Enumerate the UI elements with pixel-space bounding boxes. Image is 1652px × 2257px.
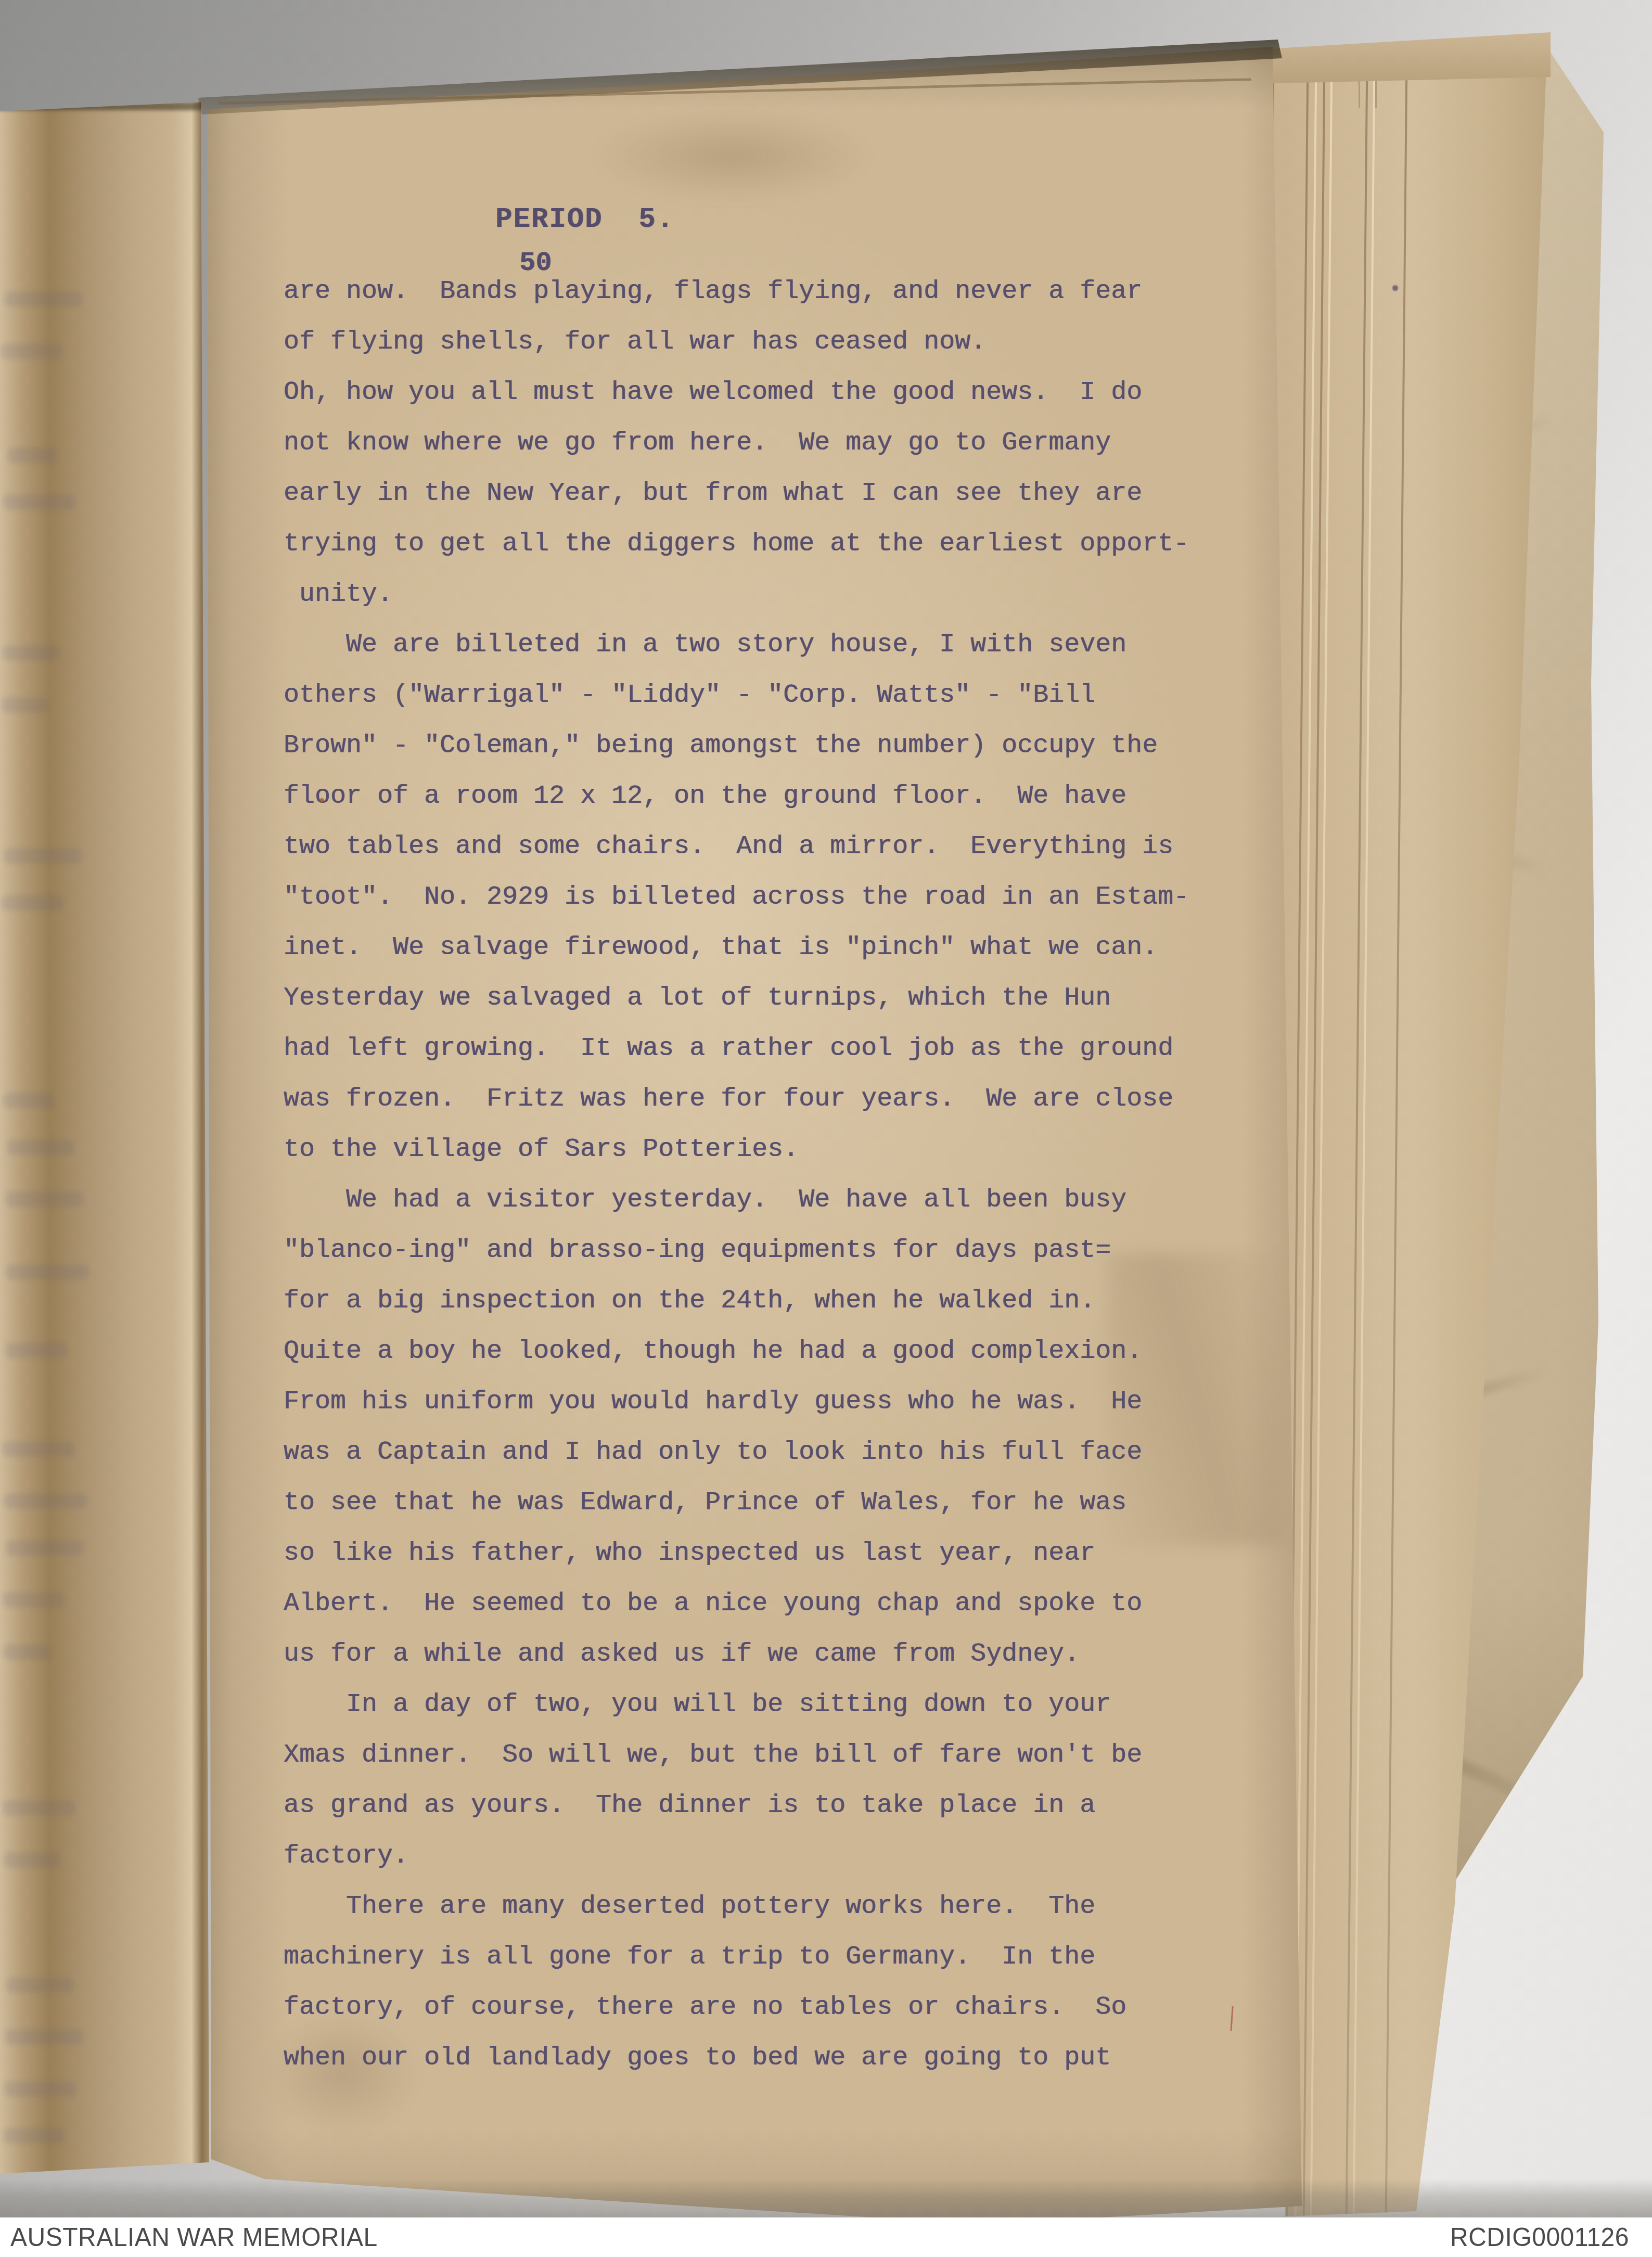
typed-line: Yesterday we salvaged a lot of turnips, … [284, 973, 1293, 1023]
catalog-footer-bar: AUSTRALIAN WAR MEMORIAL RCDIG0001126 [0, 2217, 1652, 2257]
book-scan-photo: PERIOD 5. 50 are now. Bands playing, fla… [0, 0, 1652, 2217]
typed-line: unity. [284, 569, 1293, 620]
show-through-text-smudge [5, 1191, 83, 1207]
typed-line: We had a visitor yesterday. We have all … [284, 1175, 1293, 1225]
show-through-text-smudge [6, 1540, 84, 1556]
show-through-text-smudge [3, 494, 75, 510]
show-through-text-smudge [6, 1977, 74, 1993]
typed-line: so like his father, who inspected us las… [284, 1528, 1293, 1579]
typed-line: From his uniform you would hardly guess … [284, 1377, 1293, 1427]
show-through-text-smudge [3, 2128, 66, 2144]
typed-text-block: are now. Bands playing, flags flying, an… [284, 266, 1293, 2083]
show-through-text-smudge [4, 291, 82, 307]
typed-line: Oh, how you all must have welcomed the g… [284, 367, 1293, 418]
sheet-edge [1385, 31, 1408, 2216]
typed-line: factory. [284, 1831, 1293, 1881]
typed-line: Xmas dinner. So will we, but the bill of… [284, 1730, 1293, 1780]
show-through-text-smudge [4, 1493, 87, 1509]
typed-line: "toot". No. 2929 is billeted across the … [284, 872, 1293, 922]
show-through-text-smudge [7, 1139, 74, 1155]
scanned-document-screenshot: PERIOD 5. 50 are now. Bands playing, fla… [0, 0, 1652, 2257]
typed-line: factory, of course, there are no tables … [284, 1982, 1293, 2033]
show-through-text-smudge [3, 1592, 65, 1608]
typed-line: when our old landlady goes to bed we are… [284, 2033, 1293, 2083]
show-through-text-smudge [3, 645, 60, 661]
typed-line: as grand as yours. The dinner is to take… [284, 1780, 1293, 1831]
footer-reference-id: RCDIG0001126 [1450, 2222, 1629, 2252]
typed-line: of flying shells, for all war has ceased… [284, 317, 1293, 367]
typed-line: had left growing. It was a rather cool j… [284, 1023, 1293, 1074]
typed-line: not know where we go from here. We may g… [284, 418, 1293, 468]
typed-line: In a day of two, you will be sitting dow… [284, 1679, 1293, 1730]
paper-shading [535, 94, 930, 219]
previous-page [0, 102, 209, 2183]
show-through-text-smudge [2, 1441, 75, 1457]
typed-line: to the village of Sars Potteries. [284, 1124, 1293, 1175]
typed-line: trying to get all the diggers home at th… [284, 519, 1293, 569]
show-through-text-smudge [1, 343, 63, 359]
show-through-text-smudge [6, 1264, 89, 1280]
footer-institution-label: AUSTRALIAN WAR MEMORIAL [10, 2222, 378, 2252]
show-through-text-smudge [2, 895, 64, 911]
show-through-text-smudge [2, 697, 48, 713]
typed-line: inet. We salvage firewood, that is "pinc… [284, 922, 1293, 973]
typed-line: Quite a boy he looked, though he had a g… [284, 1326, 1293, 1377]
show-through-text-smudge [3, 1093, 55, 1108]
typed-line: Brown" - "Coleman," being amongst the nu… [284, 721, 1293, 771]
show-through-text-smudge [5, 2029, 83, 2045]
show-through-text-smudge [4, 2081, 77, 2097]
typed-line: to see that he was Edward, Prince of Wal… [284, 1478, 1293, 1528]
typed-line: are now. Bands playing, flags flying, an… [284, 266, 1293, 317]
typed-line: "blanco-ing" and brasso-ing equipments f… [284, 1225, 1293, 1276]
show-through-text-smudge [4, 1852, 61, 1868]
show-through-text-smudge [4, 1644, 50, 1660]
period-heading: PERIOD 5. [495, 204, 674, 236]
typed-line: Albert. He seemed to be a nice young cha… [284, 1579, 1293, 1629]
show-through-text-smudge [4, 848, 82, 864]
typed-line: was frozen. Fritz was here for four year… [284, 1074, 1293, 1124]
ink-dot [1392, 285, 1398, 291]
typed-line: was a Captain and I had only to look int… [284, 1427, 1293, 1478]
typed-line: for a big inspection on the 24th, when h… [284, 1276, 1293, 1326]
typed-line: us for a while and asked us if we came f… [284, 1629, 1293, 1679]
typed-line: early in the New Year, but from what I c… [284, 468, 1293, 519]
typed-line: machinery is all gone for a trip to Germ… [284, 1932, 1293, 1982]
typed-line: two tables and some chairs. And a mirror… [284, 822, 1293, 872]
show-through-text-smudge [5, 1342, 68, 1358]
typed-line: floor of a room 12 x 12, on the ground f… [284, 771, 1293, 822]
show-through-text-smudge [7, 447, 57, 463]
paper-speck [319, 798, 324, 803]
show-through-text-smudge [3, 1800, 75, 1816]
typed-line: We are billeted in a two story house, I … [284, 620, 1293, 670]
photo-bottom-shadow [0, 2179, 1652, 2217]
typed-line: others ("Warrigal" - "Liddy" - "Corp. Wa… [284, 670, 1293, 721]
typed-line: There are many deserted pottery works he… [284, 1881, 1293, 1932]
